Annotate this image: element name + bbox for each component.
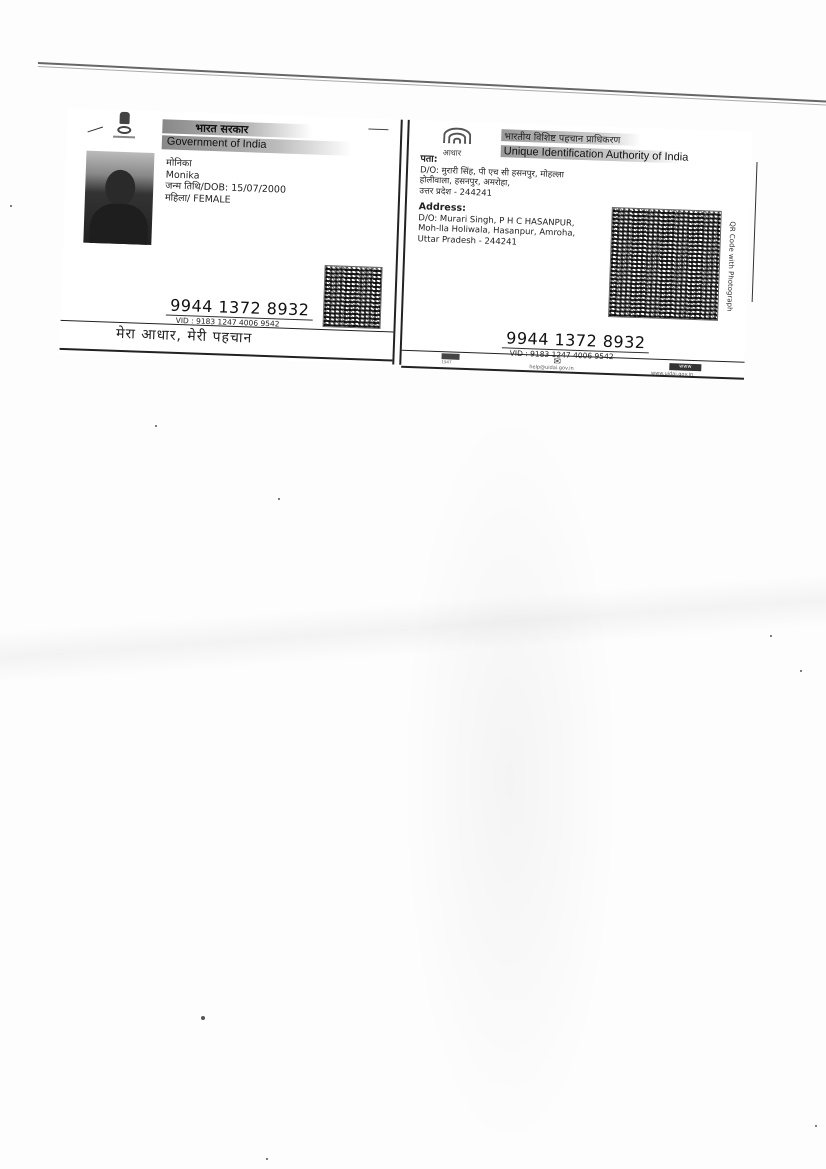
card-back: आधार भारतीय विशिष्ट पहचान प्राधिकरण Uniq… — [399, 120, 752, 377]
address-block: पता: D/O: मुरारी सिंह, पी एच सी हसनपुर, … — [417, 154, 577, 249]
aadhaar-card-sheet: भारत सरकार Government of India मोनिका Mo… — [59, 108, 758, 392]
header-hindi: भारत सरकार — [195, 120, 248, 137]
scan-speck — [278, 498, 280, 500]
aadhaar-logo-icon — [439, 127, 476, 148]
scan-speck — [155, 425, 157, 427]
national-emblem-icon — [115, 112, 134, 141]
slogan: मेरा आधार, मेरी पहचान — [116, 324, 253, 348]
footer-logo-text: 1947 — [441, 359, 451, 364]
qr-code-back — [608, 207, 722, 321]
scan-speck — [266, 1158, 268, 1160]
scan-speck — [815, 1125, 817, 1127]
qr-code-front — [323, 265, 383, 329]
scanned-page: भारत सरकार Government of India मोनिका Mo… — [0, 0, 826, 1169]
qr-note: QR Code with Photograph — [725, 221, 736, 312]
uidai-header-hindi: भारतीय विशिष्ट पहचान प्राधिकरण — [504, 129, 620, 146]
scan-speck — [770, 635, 772, 637]
www-badge: www — [669, 363, 701, 371]
scan-speck — [10, 205, 12, 207]
paper-crease-shadow — [400, 400, 620, 1160]
cut-mark — [368, 128, 388, 130]
holder-photo — [83, 151, 154, 245]
card-front: भारत सरकार Government of India मोनिका Mo… — [59, 108, 402, 365]
cut-mark — [88, 127, 104, 133]
dob-value: 15/07/2000 — [231, 183, 286, 196]
dob-label: जन्म तिथि/DOB: — [165, 180, 228, 193]
divider — [60, 348, 393, 362]
cut-line — [38, 62, 826, 103]
holder-info: मोनिका Monika जन्म तिथि/DOB: 15/07/2000 … — [165, 157, 287, 207]
cut-line-secondary — [38, 66, 826, 106]
scan-speck — [800, 670, 802, 672]
card-edge — [752, 162, 758, 302]
scan-speck — [201, 1016, 205, 1020]
